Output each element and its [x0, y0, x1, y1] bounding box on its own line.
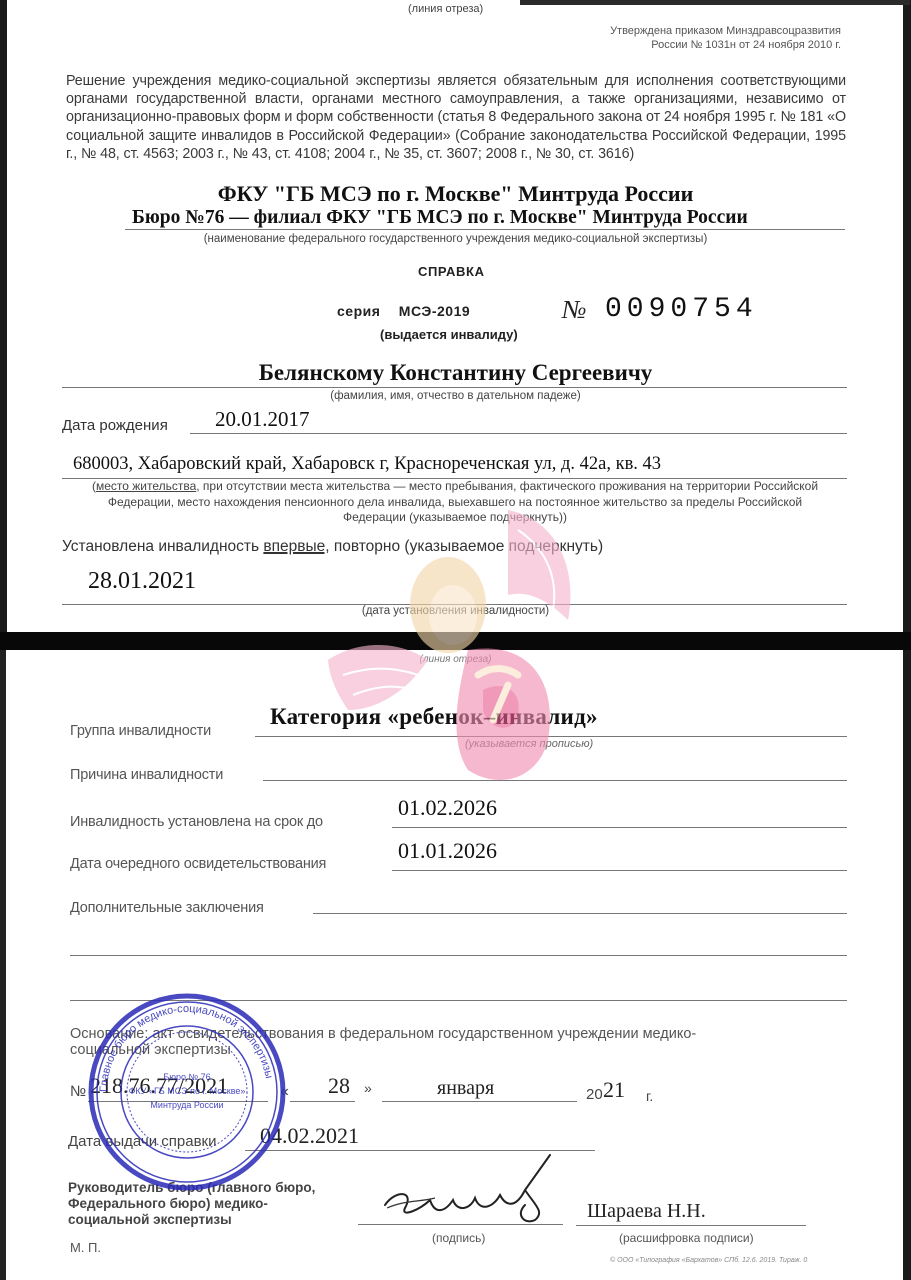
- disability-established: Установлена инвалидность впервые, повтор…: [62, 538, 603, 556]
- established-date: 28.01.2021: [88, 568, 196, 595]
- scan-edge-right-lower: [903, 648, 911, 1280]
- number-sign: №: [562, 295, 587, 325]
- address-caption: (место жительства, при отсутствии места …: [80, 479, 830, 526]
- issue-date-underline: [245, 1150, 595, 1151]
- group-label: Группа инвалидности: [70, 723, 211, 739]
- printer-note: © ООО «Типография «Бархатов» СПб. 12.6. …: [610, 1257, 807, 1264]
- dob-value: 20.01.2017: [215, 407, 310, 432]
- cut-separator: [0, 632, 911, 650]
- next-exam-underline: [392, 870, 847, 871]
- signer-name: Шараева Н.Н.: [587, 1200, 706, 1223]
- quote-close: »: [364, 1080, 372, 1096]
- address-caption-underlined: место жительства: [96, 479, 196, 493]
- signature-underline: [358, 1224, 563, 1225]
- series-value: МСЭ-2019: [399, 303, 470, 319]
- scan-edge-top: [520, 0, 910, 5]
- act-number: 218.76.77/2021: [90, 1073, 228, 1099]
- institution-caption: (наименование федерального государственн…: [0, 233, 911, 245]
- established-rest: повторно (указываемое подчеркнуть): [330, 538, 604, 555]
- scan-edge-left-lower: [0, 648, 6, 1280]
- certificate-title: СПРАВКА: [418, 264, 485, 279]
- institution-name: ФКУ "ГБ МСЭ по г. Москве" Минтруда Росси…: [0, 181, 911, 207]
- term-label: Инвалидность установлена на срок до: [70, 814, 323, 830]
- act-year-prefix: 20: [586, 1086, 603, 1103]
- head-of-bureau-label: Руководитель бюро (главного бюро, Федера…: [68, 1180, 328, 1228]
- quote-open: «: [280, 1083, 289, 1101]
- act-month: января: [437, 1077, 494, 1100]
- basis-text: Основание: акт освидетельствования в фед…: [70, 1026, 770, 1058]
- issued-to-note: (выдается инвалиду): [380, 327, 518, 342]
- group-underline: [255, 736, 847, 737]
- dob-underline: [190, 433, 847, 434]
- group-value: Категория «ребенок–инвалид»: [270, 704, 598, 730]
- act-year-unit: г.: [646, 1088, 653, 1104]
- approval-note: Утверждена приказом Минздравсоцразвития …: [610, 24, 841, 52]
- act-day: 28: [328, 1073, 350, 1099]
- approval-line-1: Утверждена приказом Минздравсоцразвития: [610, 24, 841, 38]
- bureau-underline: [125, 229, 845, 230]
- cause-underline: [263, 780, 847, 781]
- handwritten-signature: [375, 1150, 560, 1240]
- additional-underline-3: [70, 1000, 847, 1001]
- established-prefix: Установлена инвалидность: [62, 538, 263, 555]
- full-name-caption: (фамилия, имя, отчество в дательном паде…: [0, 390, 911, 402]
- term-underline: [392, 827, 847, 828]
- act-month-underline: [382, 1101, 577, 1102]
- certificate-series: серия МСЭ-2019: [337, 303, 470, 319]
- approval-line-2: России № 1031н от 24 ноября 2010 г.: [610, 38, 841, 52]
- issue-date-label: Дата выдачи справки: [68, 1133, 216, 1150]
- act-number-sign: №: [70, 1083, 86, 1100]
- signer-name-underline: [576, 1225, 806, 1226]
- next-exam-label: Дата очередного освидетельствования: [70, 856, 326, 872]
- series-label: серия: [337, 303, 380, 319]
- issue-date-value: 04.02.2021: [260, 1123, 359, 1149]
- legal-notice: Решение учреждения медико-социальной экс…: [66, 72, 846, 163]
- scan-edge-left: [0, 0, 7, 640]
- act-year-suffix: 21: [603, 1077, 625, 1103]
- signer-name-caption: (расшифровка подписи): [619, 1231, 754, 1245]
- established-first-underlined: впервые,: [263, 538, 329, 555]
- full-name-underline: [62, 387, 847, 388]
- address-caption-rest: , при отсутствии места жительства — мест…: [108, 479, 818, 524]
- scan-edge-right: [903, 0, 911, 640]
- address-value: 680003, Хабаровский край, Хабаровск г, К…: [73, 454, 661, 475]
- stamp-place-label: М. П.: [70, 1240, 101, 1255]
- act-day-underline: [290, 1101, 355, 1102]
- bureau-name: Бюро №76 — филиал ФКУ "ГБ МСЭ по г. Моск…: [132, 207, 748, 229]
- established-date-caption: (дата установления инвалидности): [0, 605, 911, 617]
- dob-label: Дата рождения: [62, 417, 168, 434]
- person-full-name: Белянскому Константину Сергеевичу: [0, 360, 911, 386]
- group-caption: (указывается прописью): [465, 738, 593, 750]
- additional-label: Дополнительные заключения: [70, 900, 264, 916]
- term-value: 01.02.2026: [398, 795, 497, 821]
- cause-label: Причина инвалидности: [70, 767, 223, 783]
- additional-underline-1: [313, 913, 847, 914]
- cut-line-label-top: (линия отреза): [408, 3, 483, 15]
- additional-underline-2: [70, 955, 847, 956]
- next-exam-value: 01.01.2026: [398, 838, 497, 864]
- certificate-number: 0090754: [605, 294, 758, 325]
- cut-line-label-middle: (линия отреза): [0, 654, 911, 665]
- act-number-underline: [88, 1101, 268, 1102]
- signature-caption: (подпись): [432, 1231, 485, 1245]
